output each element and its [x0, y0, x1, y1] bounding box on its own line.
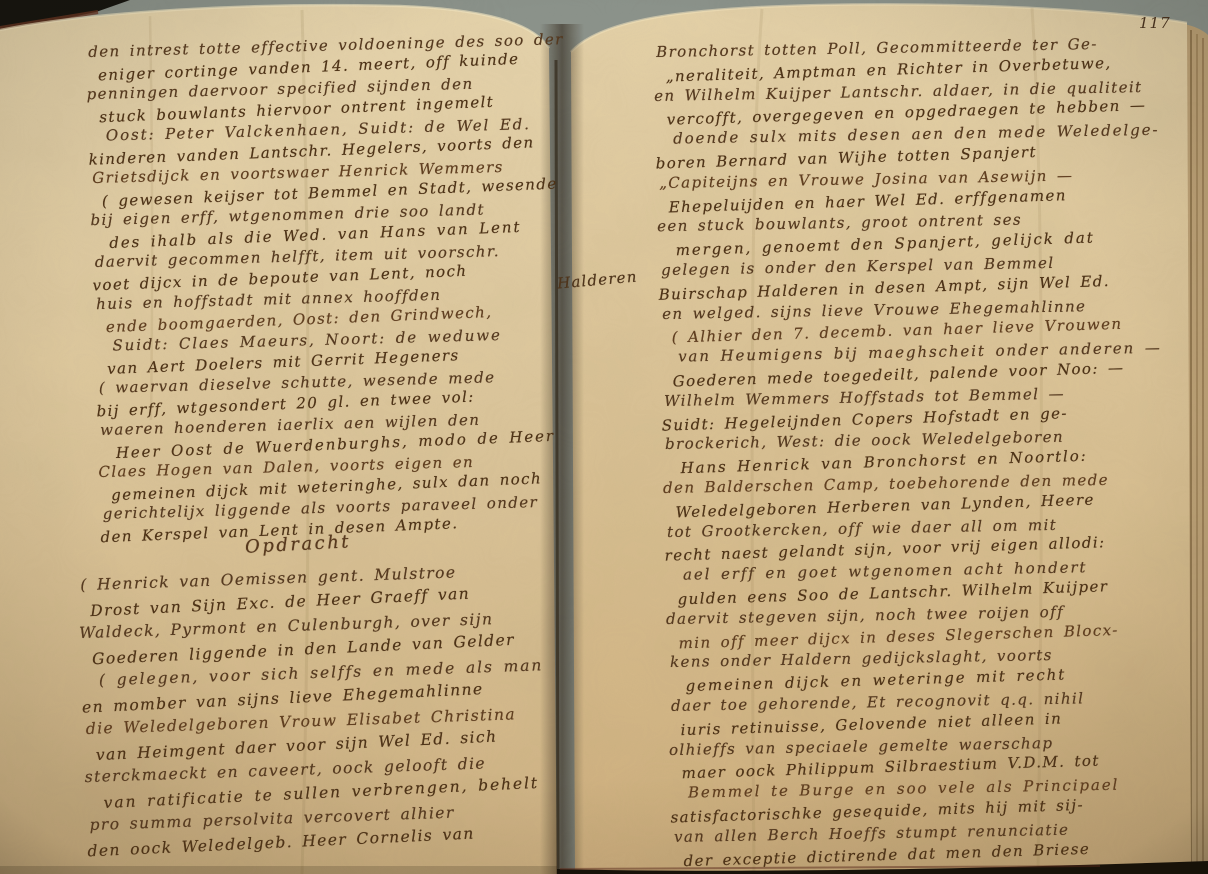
text-layer: den intrest totte effective voldoeninge …	[0, 0, 1208, 874]
section-heading-opdracht: Opdracht	[245, 531, 352, 558]
manuscript-photo: den intrest totte effective voldoeninge …	[0, 0, 1208, 874]
marginal-note: Halderen	[556, 268, 638, 293]
page-number: 117	[1139, 14, 1171, 32]
